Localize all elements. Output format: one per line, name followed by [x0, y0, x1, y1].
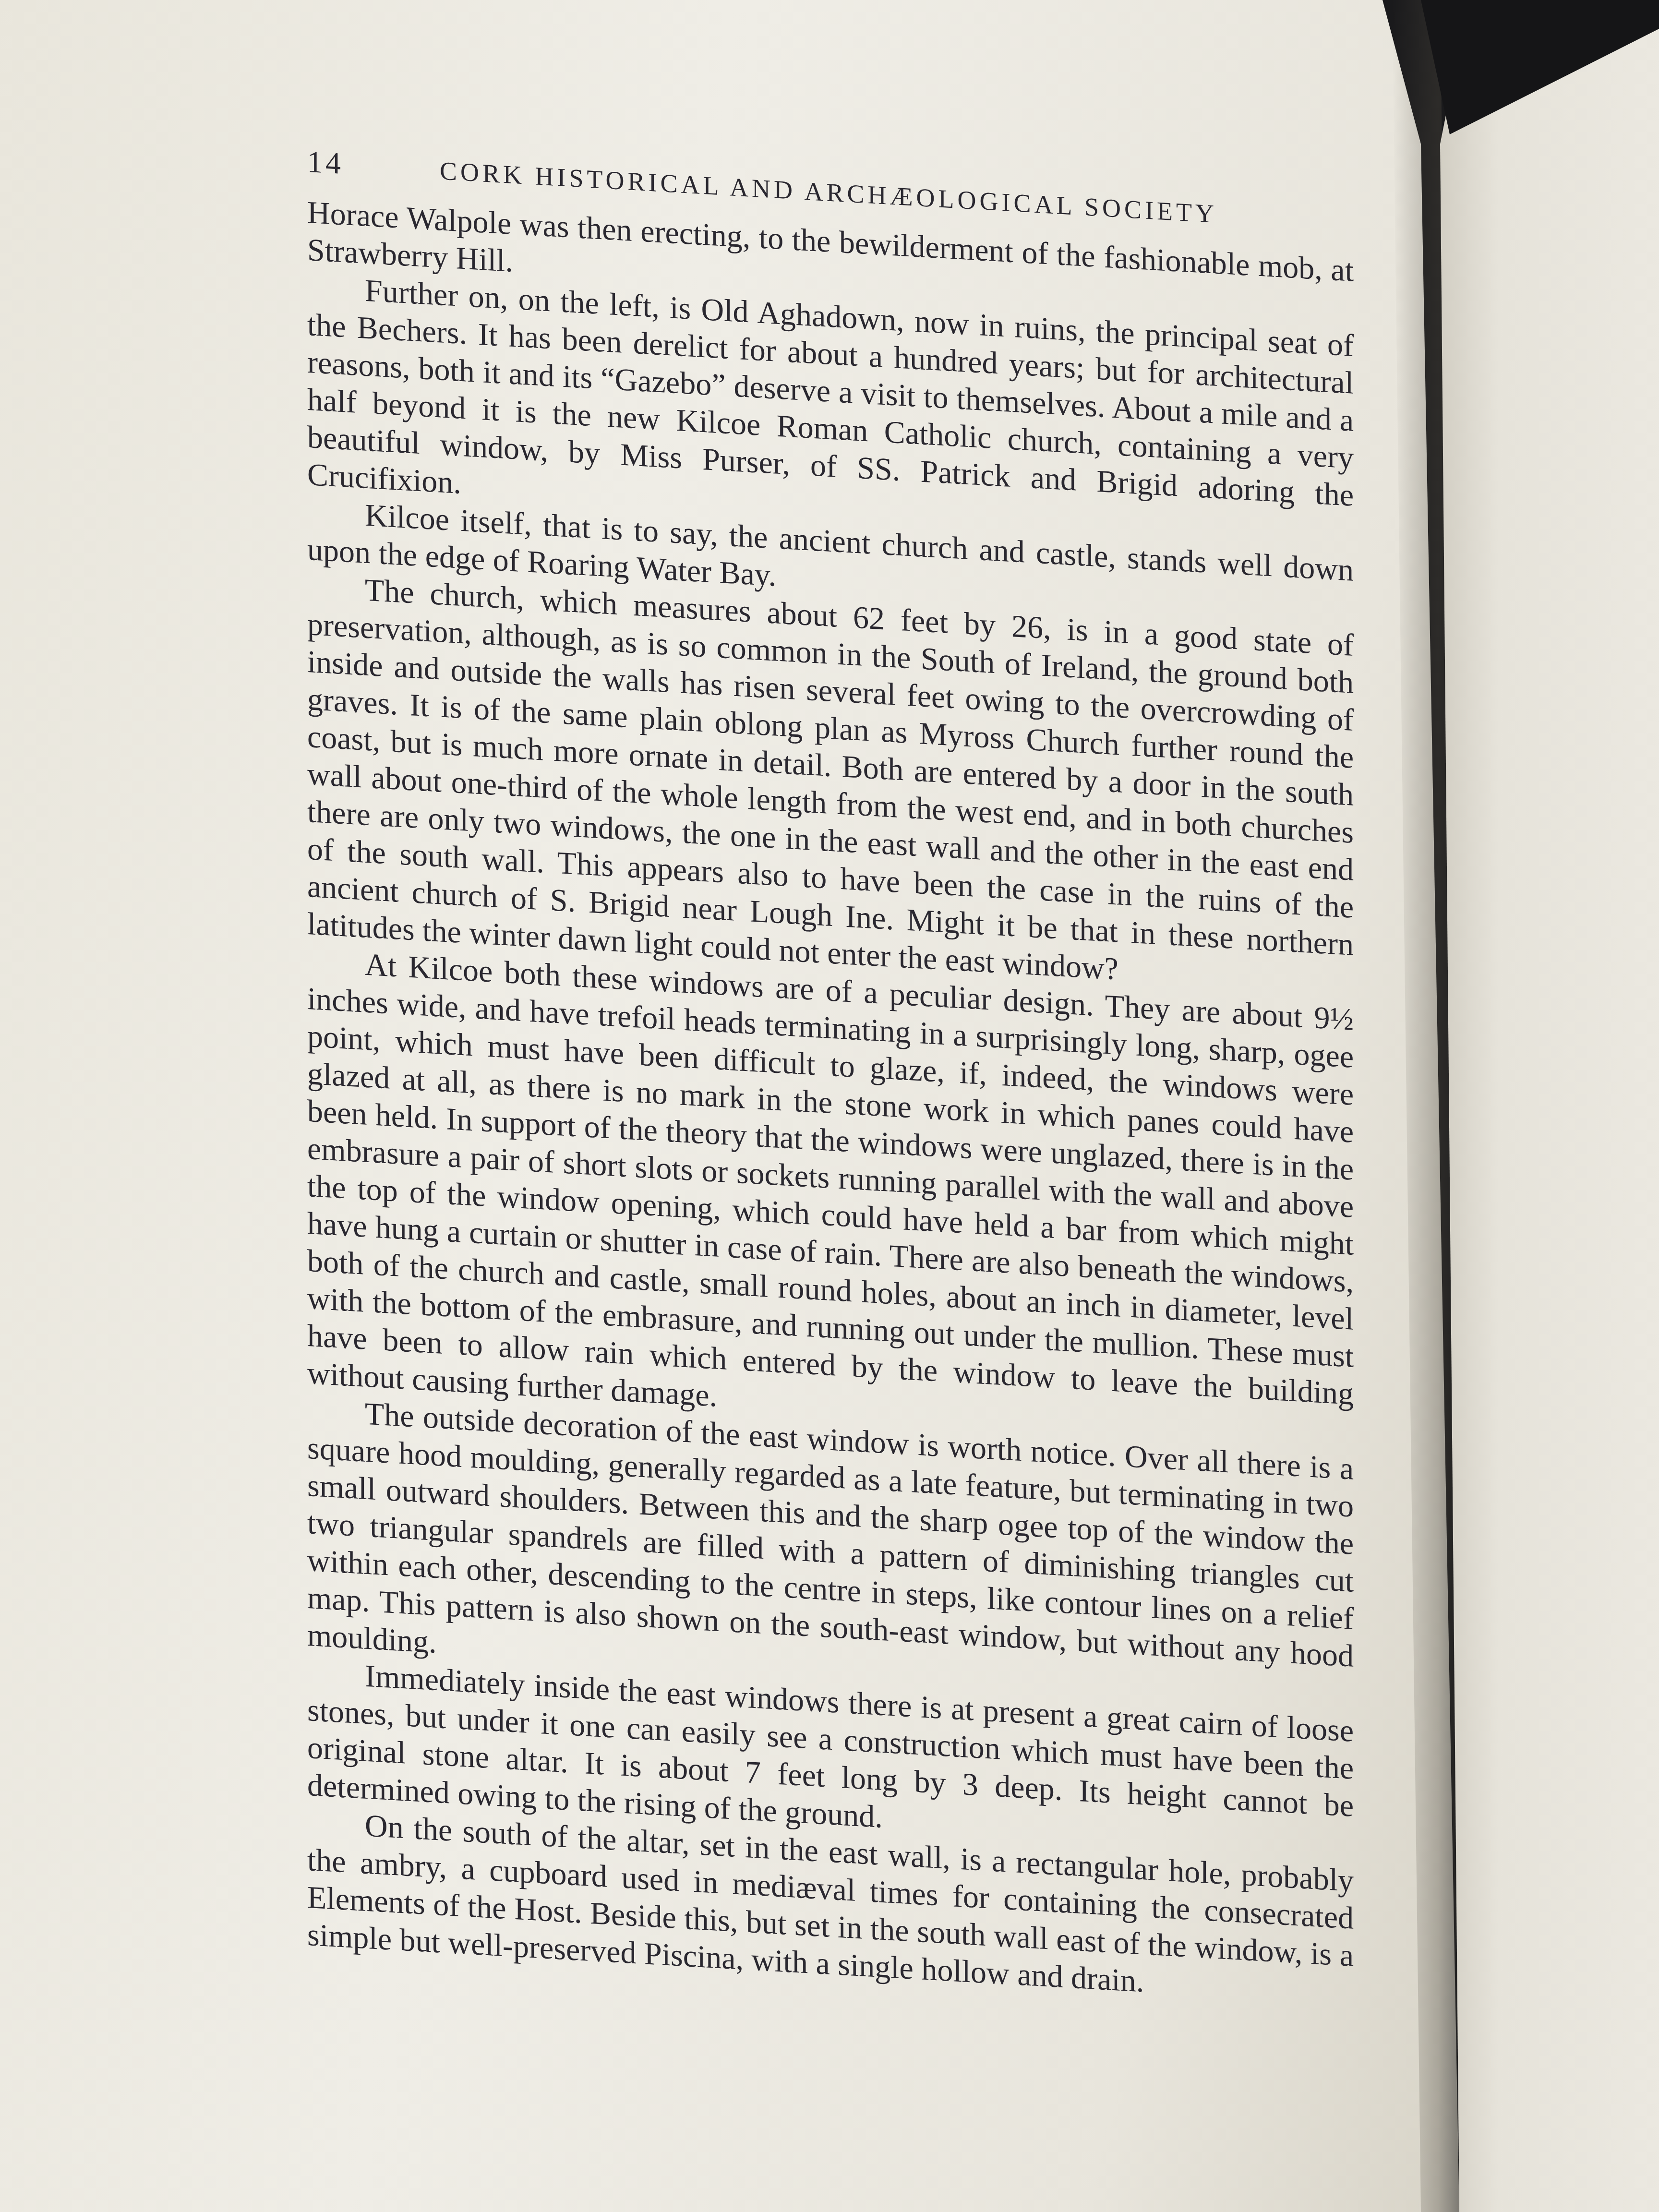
page-text-block: 14 CORK HISTORICAL AND ARCHÆOLOGICAL SOC…: [307, 144, 1354, 2012]
paragraph: At Kilcoe both these windows are of a pe…: [307, 943, 1354, 1451]
page-number: 14: [307, 144, 344, 181]
right-book-page: [1431, 0, 1659, 2212]
paragraph: The church, which measures about 62 feet…: [307, 568, 1354, 1001]
